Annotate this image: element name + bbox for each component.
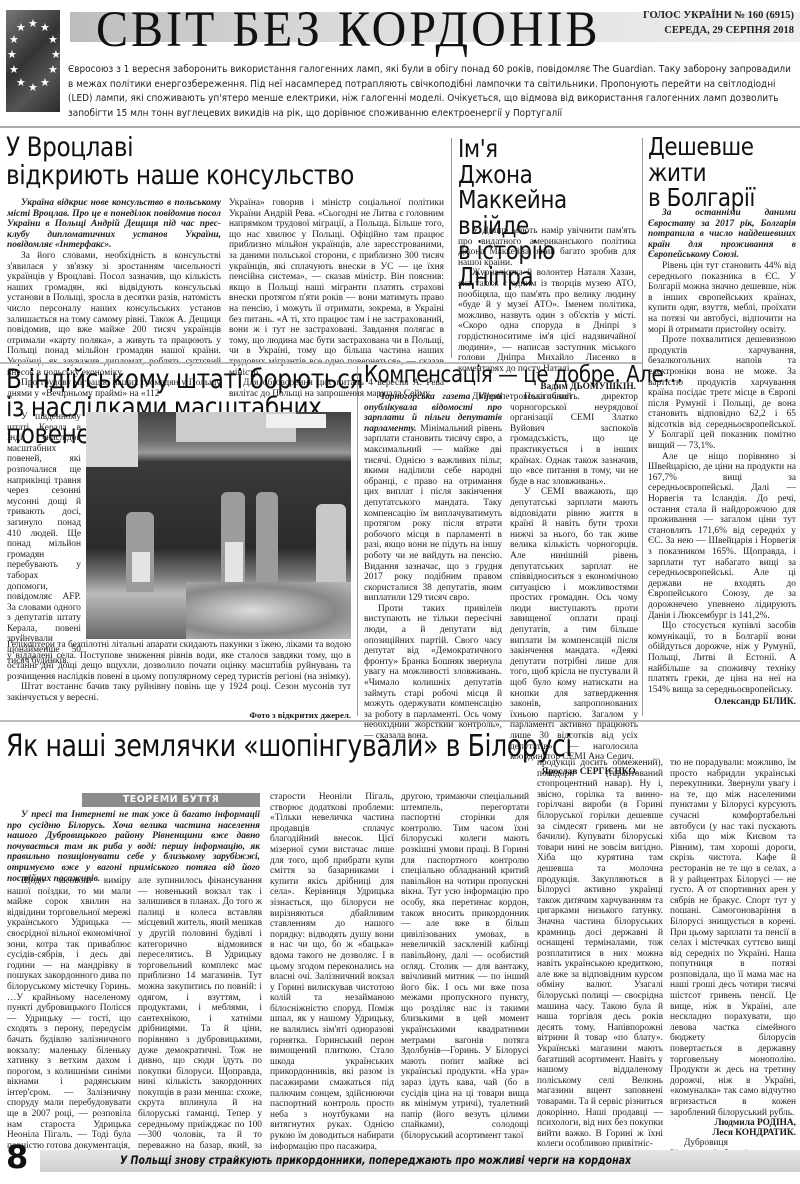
article-belarus-col6: тю не порадували: можливо, їм просто наб… [670,758,796,1159]
article-wroclaw-headline: У Вроцлаві відкриють наше консульство [6,134,453,189]
headline-line: Ім'я [458,136,630,162]
article-lead: За останніми даними Євростату за 2017 рі… [648,208,796,261]
eu-flag-icon: ★ ★ ★ ★ ★ ★ ★ ★ ★ ★ ★ ★ [6,10,60,112]
article-paragraph: але зупинилось фінансування — новенький … [138,876,262,1162]
headline-line: Джона Маккейна [458,162,630,213]
issue-number: ГОЛОС УКРАЇНИ № 160 (6915) [643,8,794,23]
article-paragraph: тю не порадували: можливо, їм просто наб… [670,758,796,1118]
article-paragraph: Політичний директор чорногорської неуряд… [510,392,638,487]
article-paragraph: Рівень цін тут становить 44% від середнь… [648,261,796,335]
article-india-narrow-col: У південному штаті Керала в Індії унаслі… [7,412,81,666]
article-paragraph: Гелікоптери та безпілотні літальні апара… [7,640,351,682]
article-montenegro-col1: Чорногорська газета Vijesti опублікувала… [364,392,502,742]
headline-line: відкриють наше консульство [6,162,453,190]
article-paragraph: Штат востаннє бачив таку руйнівну повінь… [7,682,351,703]
article-belarus-col2: але зупинилось фінансування — новенький … [138,876,262,1162]
article-paragraph: Але це ніщо порівняно зі Швейцарією, де … [648,452,796,622]
headline-line: в Болгарії [648,185,800,211]
article-montenegro-headline: Компенсація — це добре. Але… [364,364,683,387]
news-brief: Євросоюз з 1 вересня заборонить використ… [68,63,798,121]
article-paragraph: У Дніпрі мають намір увічнити пам'ять пр… [458,226,636,268]
article-belarus-col3: старости Неоніли Пігаль, створює додатко… [270,792,394,1152]
article-paragraph: Україна» говорив і міністр соціальної по… [229,198,444,378]
column-divider [642,138,643,716]
article-paragraph: Щодо часового виміру нашої поїздки, то м… [7,876,131,1151]
article-india-wide-col: Гелікоптери та безпілотні літальні апара… [7,640,351,720]
article-paragraph: У південному штаті Керала в Індії унаслі… [7,412,81,666]
article-author: Олександр БІЛИК. [648,697,796,707]
article-belarus-col4: другою, тримаючи спеціальний штемпель, п… [401,792,529,1142]
article-belarus-col5: продукції досить обмежений), помідори (г… [537,758,663,1150]
section-tag: ТЕОРЕМИ БУТТЯ [82,793,260,807]
issue-info: ГОЛОС УКРАЇНИ № 160 (6915) СЕРЕДА, 29 СЕ… [643,8,794,38]
page-number: 8 [6,1138,28,1176]
issue-date: СЕРЕДА, 29 СЕРПНЯ 2018 [643,23,794,38]
article-paragraph: Журналістка й волонтер Наталя Хазан, яка… [458,268,636,374]
article-belarus-headline: Як наші землячки «шопінгували» в Білорус… [6,732,572,763]
article-paragraph: старости Неоніли Пігаль, створює додатко… [270,792,394,1152]
headline-line: жити [648,160,800,186]
article-author: Леся КОНДРАТИК. [670,1128,796,1138]
footer-ticker: У Польщі знову страйкують прикордонники,… [120,1153,631,1167]
divider [0,720,800,722]
article-paragraph: Що стосується купівлі засобів комунікаці… [648,621,796,695]
article-lead: Україна відкриє нове консульство в польс… [7,198,221,251]
headline-line: Дешевше [648,134,800,160]
article-bulgaria-headline: Дешевше жити в Болгарії [648,134,800,211]
article-lead: У пресі та Інтернеті не так уже й багато… [7,810,260,884]
article-paragraph: другою, тримаючи спеціальний штемпель, п… [401,792,529,1142]
article-paragraph: продукції досить обмежений), помідори (г… [537,758,663,1150]
column-divider [357,366,358,716]
headline-line: У Вроцлаві [6,134,453,162]
photo-credit: Фото з відкритих джерел. [7,710,351,720]
article-paragraph: За його словами, необхідність в консульс… [7,251,221,378]
divider [0,126,800,128]
article-paragraph: Мінімальний рівень зарплати становить ти… [364,424,502,604]
flood-cleanup-photo [86,412,351,639]
article-belarus-lead: У пресі та Інтернеті не так уже й багато… [7,810,260,884]
article-belarus-col1: Щодо часового виміру нашої поїздки, то м… [7,876,131,1151]
article-bulgaria-body: За останніми даними Євростату за 2017 рі… [648,208,796,707]
article-paragraph: Проте похвалитися дешевизною продуктів х… [648,335,796,452]
article-author: Людмила РОДІНА, [670,1118,796,1128]
column-divider [451,138,452,358]
article-location: Дубровиця [670,1138,796,1149]
section-title: СВІТ БЕЗ КОРДОНІВ [96,1,601,59]
headline-line: В індійському штаті борються [6,366,367,394]
